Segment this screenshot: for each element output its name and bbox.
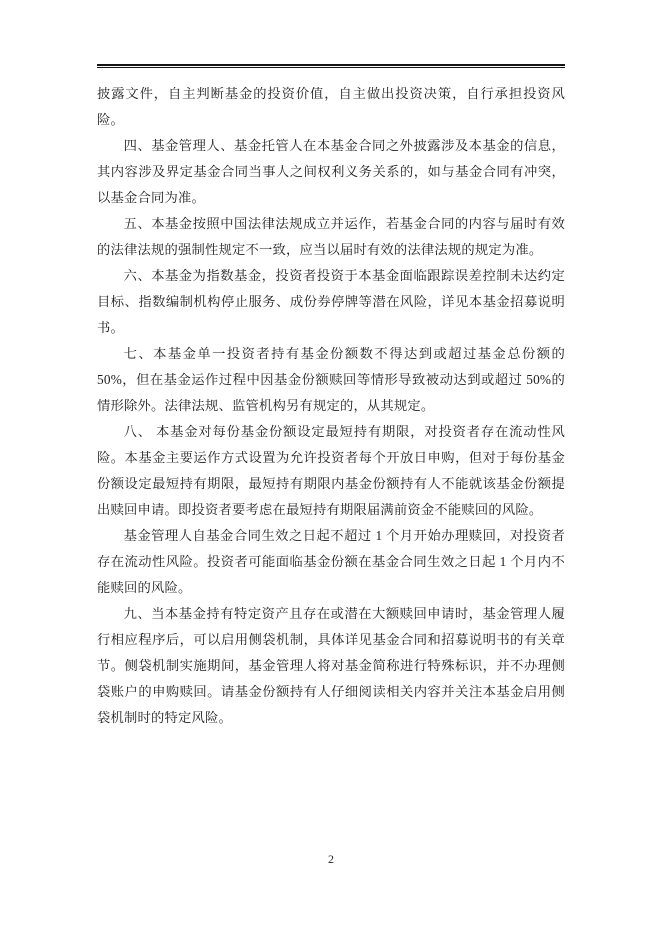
document-page: 披露文件，自主判断基金的投资价值，自主做出投资决策，自行承担投资风险。 四、基金… bbox=[0, 0, 662, 936]
paragraph-item-5: 五、本基金按照中国法律法规成立并运作，若基金合同的内容与届时有效的法律法规的强制… bbox=[97, 211, 565, 263]
paragraph-item-6: 六、本基金为指数基金，投资者投资于本基金面临跟踪误差控制未达约定目标、指数编制机… bbox=[97, 263, 565, 341]
paragraph-item-8-sub: 基金管理人自基金合同生效之日起不超过 1 个月开始办理赎回，对投资者存在流动性风… bbox=[97, 523, 565, 601]
paragraph-item-8: 八、 本基金对每份基金份额设定最短持有期限，对投资者存在流动性风险。本基金主要运… bbox=[97, 419, 565, 523]
header-divider-line bbox=[97, 64, 565, 68]
paragraph-item-9: 九、当本基金持有特定资产且存在或潜在大额赎回申请时，基金管理人履行相应程序后，可… bbox=[97, 601, 565, 731]
paragraph-item-4: 四、基金管理人、基金托管人在本基金合同之外披露涉及本基金的信息，其内容涉及界定基… bbox=[97, 133, 565, 211]
page-number: 2 bbox=[0, 850, 662, 868]
document-body: 披露文件，自主判断基金的投资价值，自主做出投资决策，自行承担投资风险。 四、基金… bbox=[97, 81, 565, 731]
paragraph-continuation: 披露文件，自主判断基金的投资价值，自主做出投资决策，自行承担投资风险。 bbox=[97, 81, 565, 133]
paragraph-item-7: 七、本基金单一投资者持有基金份额数不得达到或超过基金总份额的 50%，但在基金运… bbox=[97, 341, 565, 419]
